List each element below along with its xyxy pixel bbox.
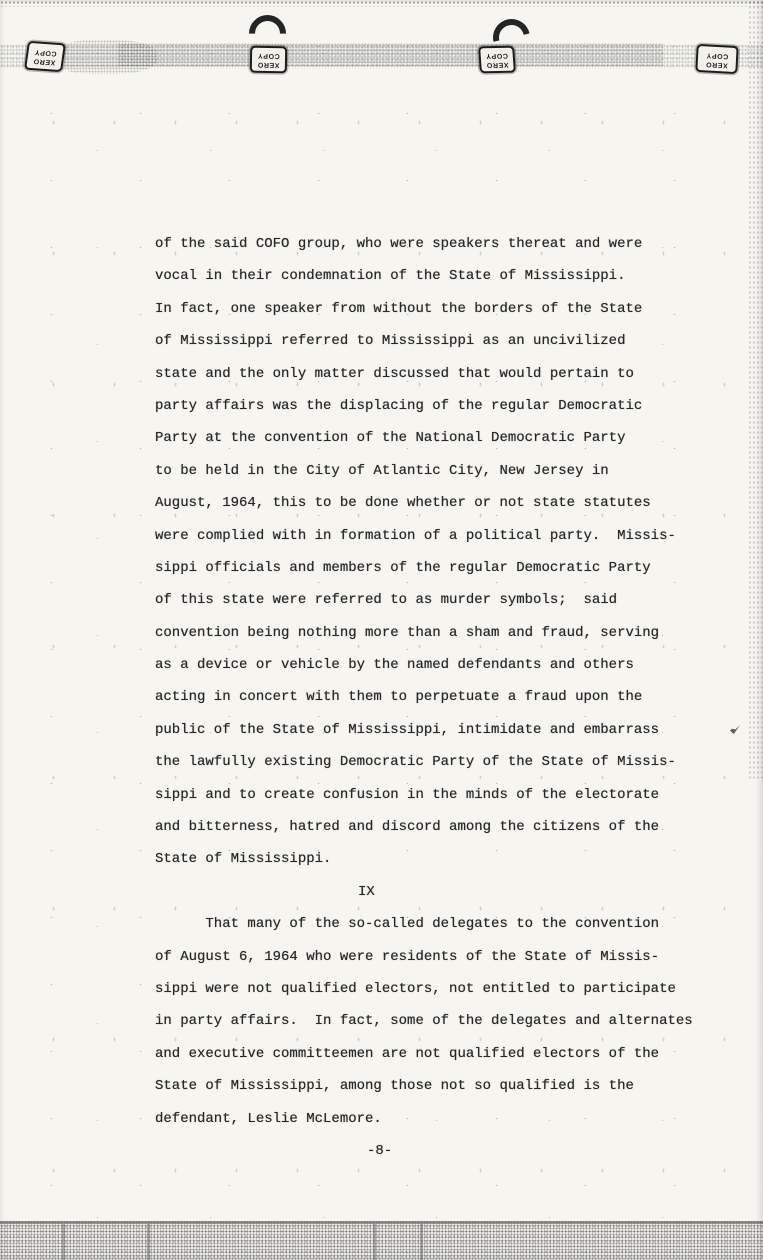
scan-noise-streak	[373, 1224, 376, 1260]
section-heading: IX	[358, 876, 725, 908]
text-line: Party at the convention of the National …	[155, 422, 725, 454]
xero-copy-stamp: XERO COPY	[250, 46, 287, 74]
stamp-text-line2: COPY	[485, 51, 508, 60]
text-line: in party affairs. In fact, some of the d…	[155, 1005, 725, 1037]
stamp-text-line2: COPY	[706, 50, 729, 60]
text-line: of this state were referred to as murder…	[155, 584, 725, 616]
xero-copy-stamp: XERO COPY	[695, 44, 738, 74]
text-line: state and the only matter discussed that…	[155, 358, 725, 390]
text-line: sippi officials and members of the regul…	[155, 552, 725, 584]
text-line: August, 1964, this to be done whether or…	[155, 487, 725, 519]
scan-noise-streak	[62, 1224, 65, 1260]
text-line: acting in concert with them to perpetuat…	[155, 681, 725, 713]
stamp-text-line2: COPY	[34, 47, 57, 57]
text-line: convention being nothing more than a sha…	[155, 617, 725, 649]
scan-noise-right-edge	[748, 0, 763, 780]
text-line: State of Mississippi.	[155, 843, 725, 875]
text-line: of the said COFO group, who were speaker…	[155, 228, 725, 260]
text-line: sippi were not qualified electors, not e…	[155, 973, 725, 1005]
text-line: vocal in their condemnation of the State…	[155, 260, 725, 292]
text-line: State of Mississippi, among those not so…	[155, 1070, 725, 1102]
stamp-text-line1: XERO	[257, 59, 279, 68]
scanned-document-page: XERO COPY XERO COPY XERO COPY XERO COPY …	[0, 0, 763, 1260]
text-line: That many of the so-called delegates to …	[155, 908, 725, 940]
xero-copy-stamp: XERO COPY	[478, 46, 516, 74]
scan-noise-band-top-center	[118, 43, 663, 66]
stamp-text-line1: XERO	[705, 58, 728, 68]
scan-noise-streak	[147, 1224, 150, 1260]
pen-mark	[730, 725, 740, 734]
text-line: public of the State of Mississippi, inti…	[155, 714, 725, 746]
page-number: -8-	[367, 1135, 725, 1167]
text-line: the lawfully existing Democratic Party o…	[155, 746, 725, 778]
text-line: defendant, Leslie McLemore.	[155, 1103, 725, 1135]
xero-copy-stamp: XERO COPY	[24, 41, 66, 72]
text-line: and bitterness, hatred and discord among…	[155, 811, 725, 843]
text-line: party affairs was the displacing of the …	[155, 390, 725, 422]
text-line: sippi and to create confusion in the min…	[155, 779, 725, 811]
text-line: In fact, one speaker from without the bo…	[155, 293, 725, 325]
text-line: and executive committeemen are not quali…	[155, 1038, 725, 1070]
text-line: to be held in the City of Atlantic City,…	[155, 455, 725, 487]
scan-noise-band-bottom	[0, 1221, 763, 1260]
stamp-text-line1: XERO	[33, 56, 56, 66]
scan-noise-smudge	[52, 40, 157, 74]
scan-noise-dotted-line	[0, 0, 763, 7]
text-line: of Mississippi referred to Mississippi a…	[155, 325, 725, 357]
text-line: as a device or vehicle by the named defe…	[155, 649, 725, 681]
document-text: of the said COFO group, who were speaker…	[155, 228, 725, 1167]
stamp-text-line2: COPY	[257, 51, 279, 60]
text-line: were complied with in formation of a pol…	[155, 520, 725, 552]
scan-noise-streak	[420, 1224, 423, 1260]
text-line: of August 6, 1964 who were residents of …	[155, 941, 725, 973]
stamp-text-line1: XERO	[486, 59, 509, 68]
